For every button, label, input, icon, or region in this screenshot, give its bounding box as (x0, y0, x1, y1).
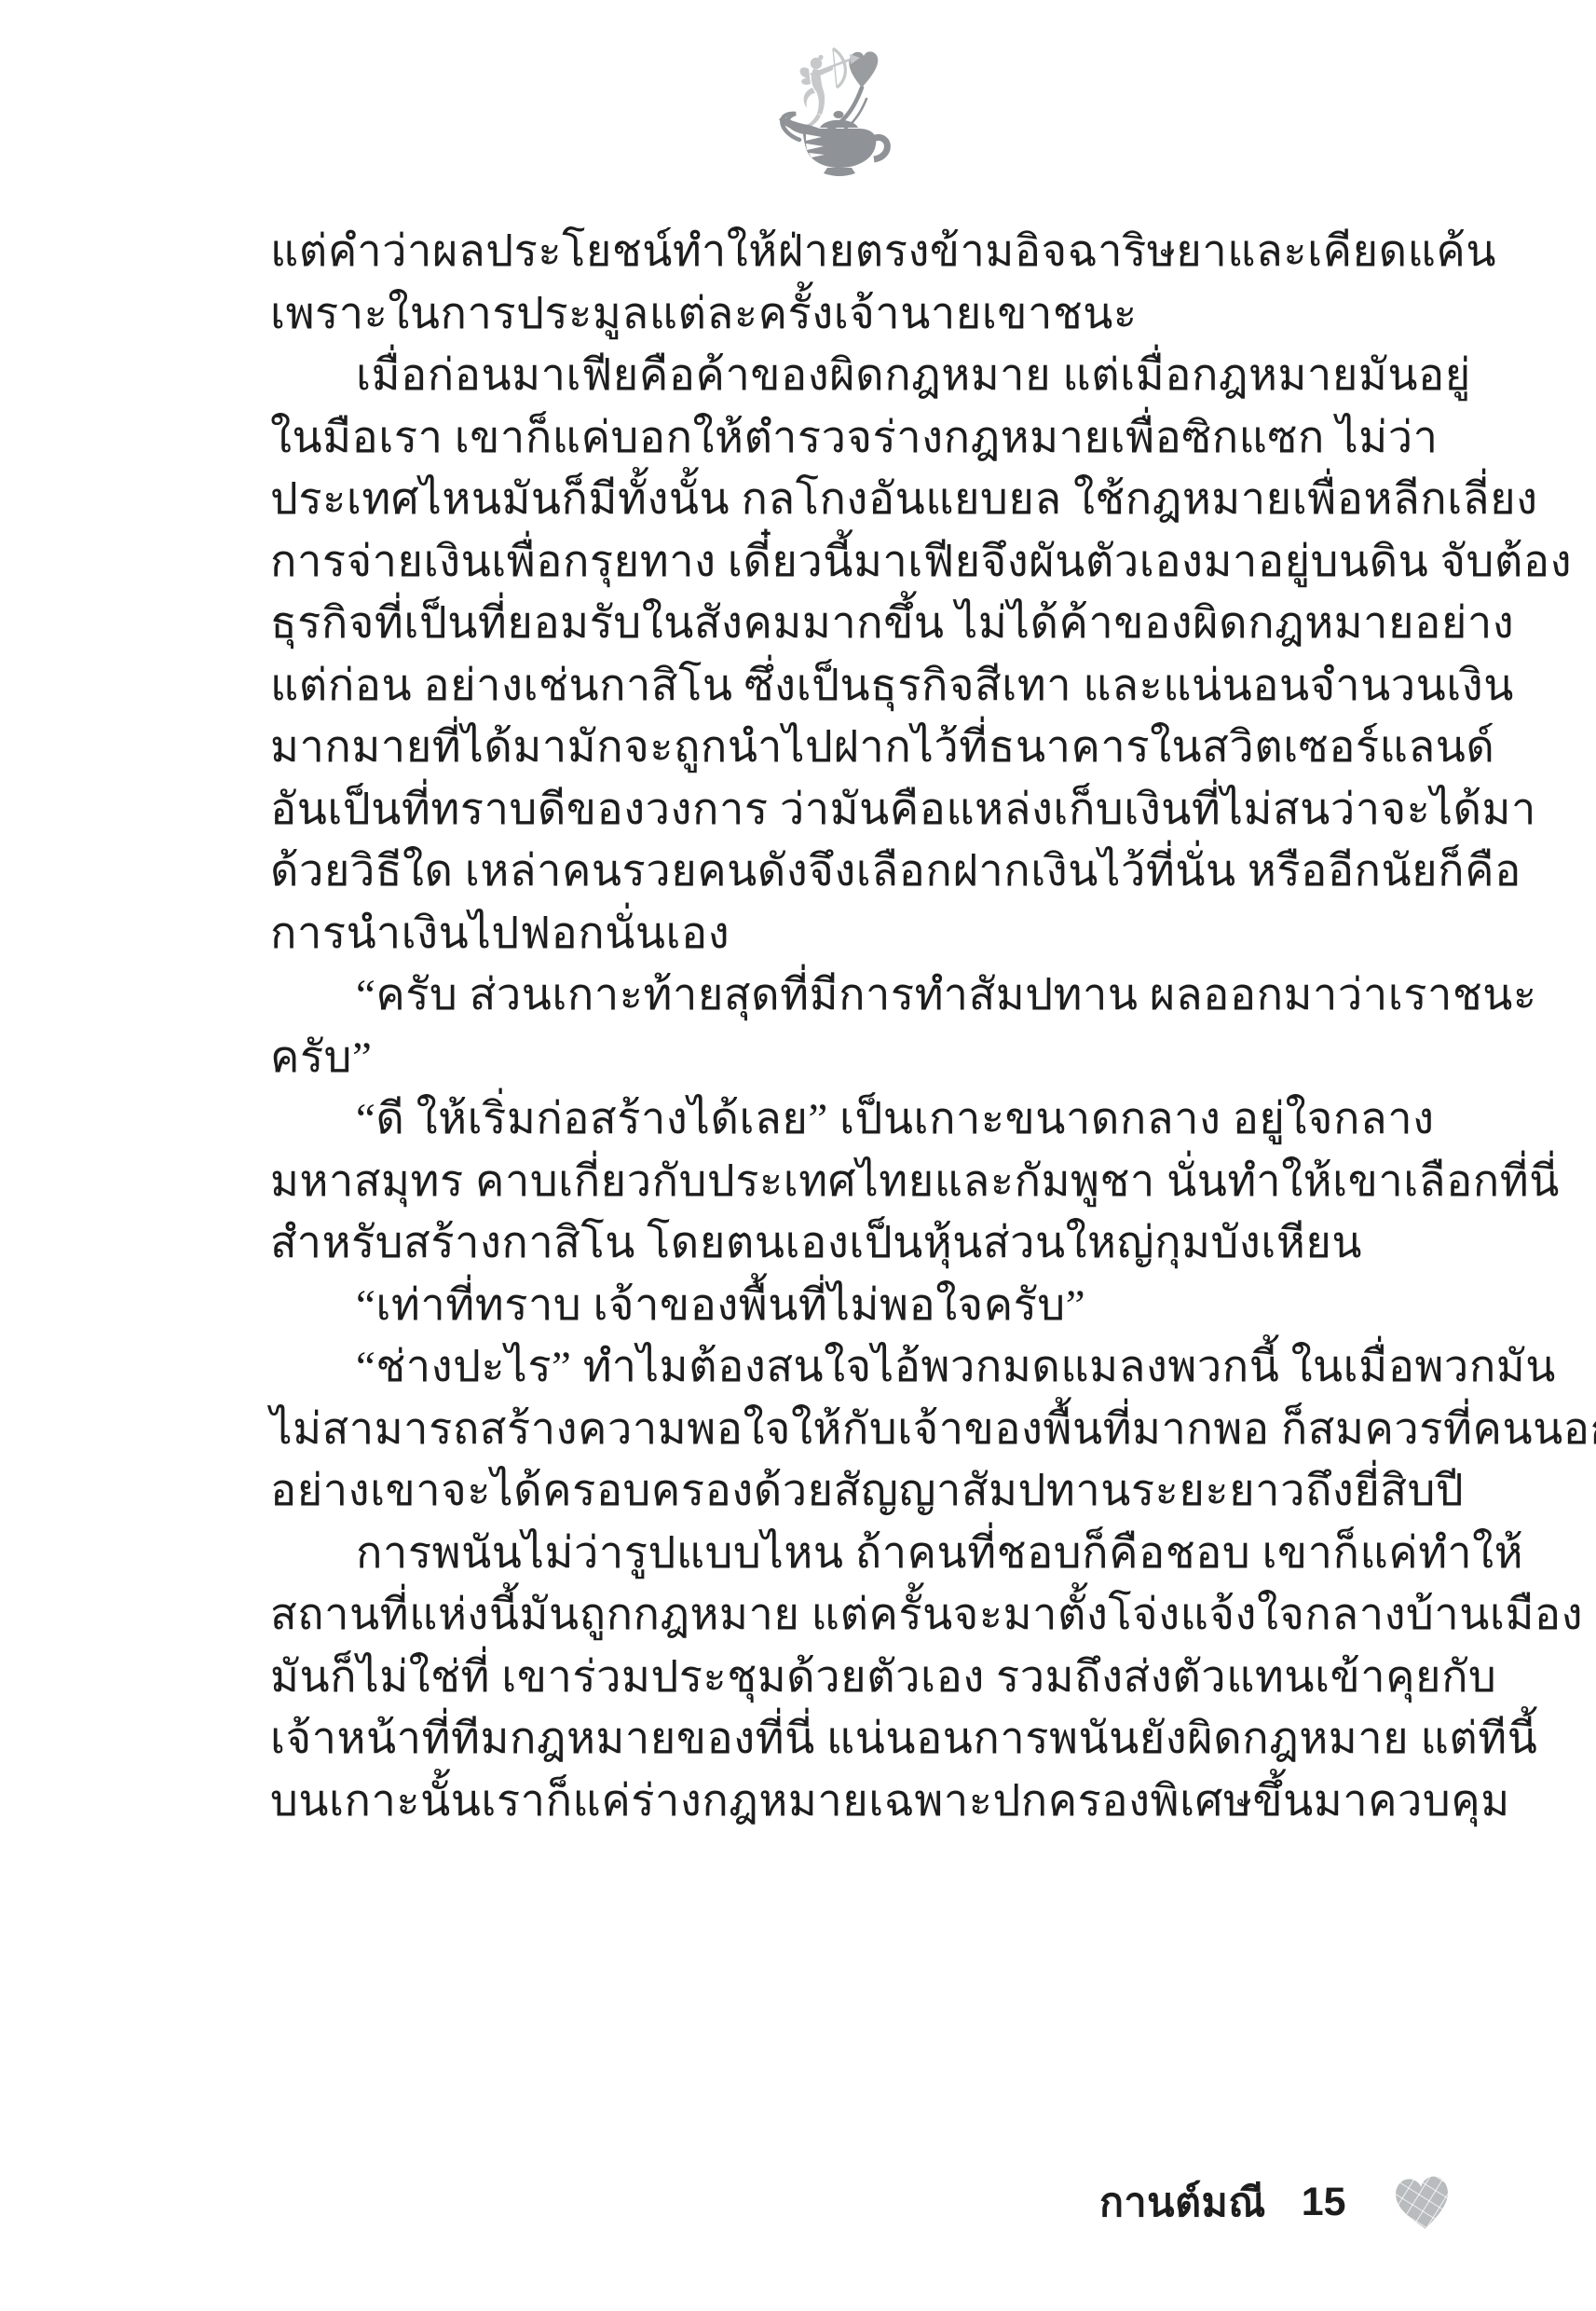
text-line: อันเป็นที่ทราบดีของวงการ ว่ามันคือแหล่งเ… (270, 779, 1421, 841)
genie-lamp-icon (779, 111, 887, 176)
text-line: แต่ก่อน อย่างเช่นกาสิโน ซึ่งเป็นธุรกิจสี… (270, 655, 1421, 718)
cupid-icon (800, 48, 860, 128)
text-line: ด้วยวิธีใด เหล่าคนรวยคนดังจึงเลือกฝากเงิ… (270, 841, 1421, 903)
text-line: ไม่สามารถสร้างความพอใจให้กับเจ้าของพื้นท… (270, 1399, 1421, 1461)
text-line: ครับ” (270, 1027, 1421, 1089)
text-line: เจ้าหน้าที่ทีมกฎหมายของที่นี่ แน่นอนการพ… (270, 1708, 1421, 1771)
text-line: การจ่ายเงินเพื่อกรุยทาง เดี๋ยวนี้มาเฟียจ… (270, 531, 1421, 594)
page-footer: กานต์มณี 15 (1099, 2164, 1454, 2240)
text-line: ประเทศไหนมันก็มีทั้งนั้น กลโกงอันแยบยล ใ… (270, 469, 1421, 531)
text-line: “เท่าที่ทราบ เจ้าของพื้นที่ไม่พอใจครับ” (270, 1275, 1421, 1337)
text-line: สำหรับสร้างกาสิโน โดยตนเองเป็นหุ้นส่วนให… (270, 1212, 1421, 1275)
text-line: เมื่อก่อนมาเฟียคือค้าของผิดกฎหมาย แต่เมื… (270, 345, 1421, 407)
text-line: เพราะในการประมูลแต่ละครั้งเจ้านายเขาชนะ (270, 283, 1421, 346)
text-line: อย่างเขาจะได้ครอบครองด้วยสัญญาสัมปทานระย… (270, 1460, 1421, 1523)
text-line: “ช่างปะไร” ทำไมต้องสนใจไอ้พวกมดแมลงพวกนี… (270, 1336, 1421, 1399)
text-line: ในมือเรา เขาก็แค่บอกให้ตำรวจร่างกฎหมายเพ… (270, 407, 1421, 470)
footer-author: กานต์มณี (1099, 2170, 1266, 2234)
footer-heart-icon (1387, 2167, 1457, 2238)
text-line: “ครับ ส่วนเกาะท้ายสุดที่มีการทำสัมปทาน ผ… (270, 964, 1421, 1027)
header-ornament (771, 35, 898, 177)
text-line: การพนันไม่ว่ารูปแบบไหน ถ้าคนที่ชอบก็คือช… (270, 1523, 1421, 1585)
text-line: บนเกาะนั้นเราก็แค่ร่างกฎหมายเฉพาะปกครองพ… (270, 1771, 1421, 1833)
book-page: { "colors": { "page_bg": "#ffffff", "tex… (0, 0, 1596, 2311)
text-line: การนำเงินไปฟอกนั่นเอง (270, 903, 1421, 965)
text-line: มันก็ไม่ใช่ที่ เขาร่วมประชุมด้วยตัวเอง ร… (270, 1647, 1421, 1709)
body-text: แต่คำว่าผลประโยชน์ทำให้ฝ่ายตรงข้ามอิจฉาร… (270, 221, 1421, 1832)
text-line: แต่คำว่าผลประโยชน์ทำให้ฝ่ายตรงข้ามอิจฉาร… (270, 221, 1421, 283)
footer-page-number: 15 (1302, 2180, 1346, 2225)
text-line: มหาสมุทร คาบเกี่ยวกับประเทศไทยและกัมพูชา… (270, 1151, 1421, 1213)
text-line: ธุรกิจที่เป็นที่ยอมรับในสังคมมากขึ้น ไม่… (270, 593, 1421, 655)
text-line: สถานที่แห่งนี้มันถูกกฎหมาย แต่ครั้นจะมาต… (270, 1584, 1421, 1647)
text-line: มากมายที่ได้มามักจะถูกนำไปฝากไว้ที่ธนาคา… (270, 717, 1421, 779)
text-line: “ดี ให้เริ่มก่อสร้างได้เลย” เป็นเกาะขนาด… (270, 1088, 1421, 1151)
